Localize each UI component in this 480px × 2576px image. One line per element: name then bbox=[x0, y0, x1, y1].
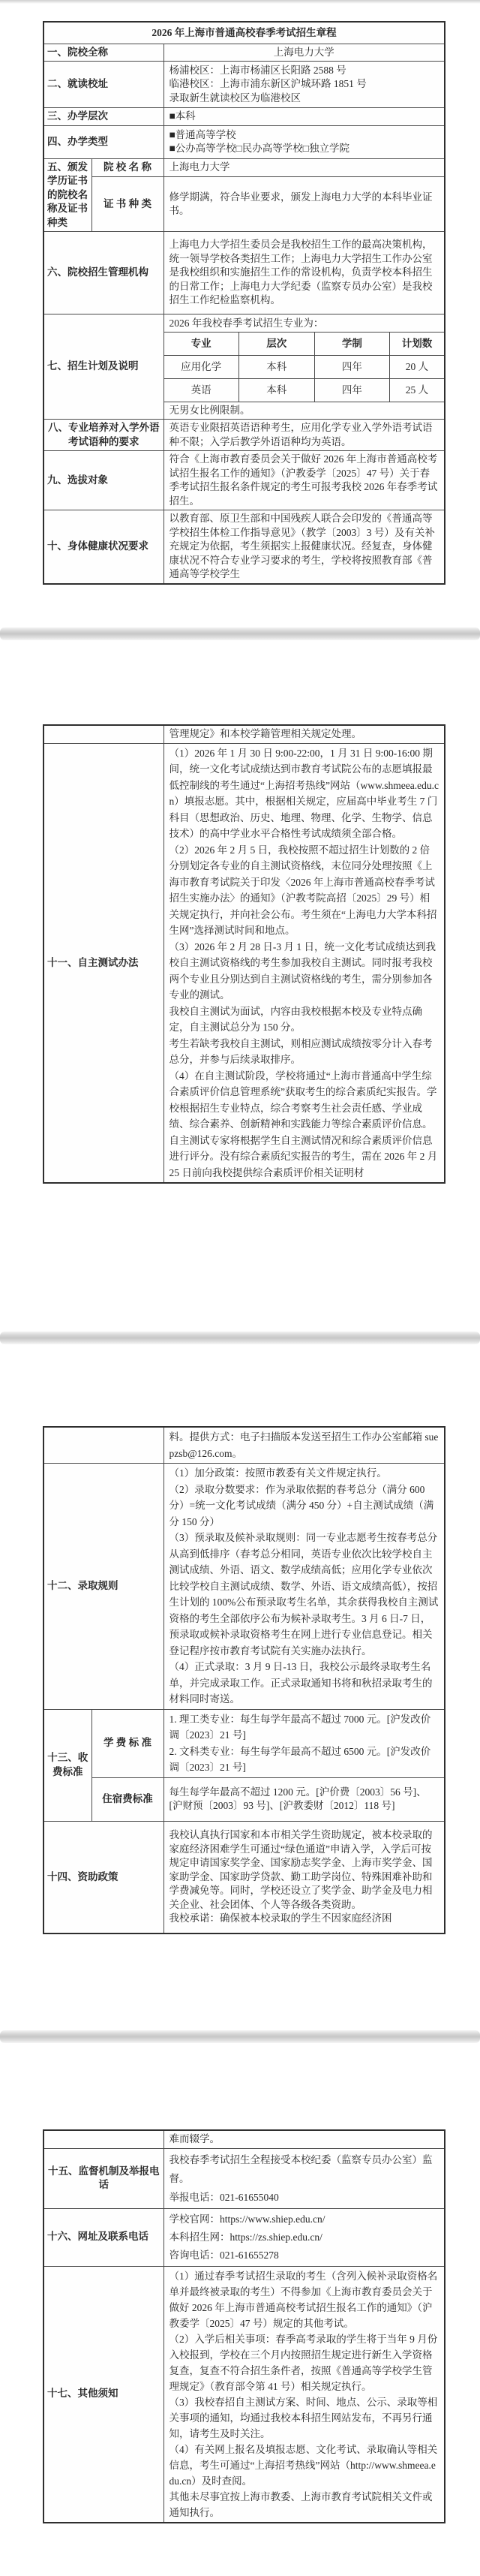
row13-sub2-label: 住宿费标准 bbox=[91, 1777, 163, 1821]
top-page-shadow bbox=[0, 0, 480, 4]
row7-label: 七、招生计划及说明 bbox=[43, 314, 163, 420]
row15-label: 十五、监督机制及举报电话 bbox=[43, 2148, 163, 2208]
row9-value: 符合《上海市教育委员会关于做好 2026 年上海市普通高校考试招生报名工作的通知… bbox=[163, 451, 445, 510]
row4-value: ■普通高等学校 ■公办高等学校□民办高等学校□独立学院 bbox=[163, 125, 445, 158]
row5-sub2-value: 修学期满，符合毕业要求，颁发上海电力大学的本科毕业证书。 bbox=[163, 177, 445, 232]
row13-sub2-value: 每生每学年最高不超过 1200 元。[沪价费〔2003〕56 号]、[沪财预〔2… bbox=[163, 1777, 445, 1821]
plan-row-english: 英语 本科 四年 25 人 bbox=[164, 379, 445, 402]
row5-label: 五、颁发学历证书的院校名称及证书种类 bbox=[43, 158, 91, 232]
plan-cell-quota: 20 人 bbox=[389, 356, 444, 379]
row10-cont-value: 管理规定》和本校学籍管理相关规定处理。 bbox=[163, 725, 445, 743]
row17-value: （1）通过春季考试招生录取的考生（含列入候补录取资格名单并最终被录取的考生）不得… bbox=[163, 2266, 445, 2523]
row13-sub1-label: 学 费 标 准 bbox=[91, 1709, 163, 1777]
plan-cell-duration: 四年 bbox=[314, 379, 389, 402]
plan-cell-level: 本科 bbox=[238, 356, 314, 379]
row5-sub1-value: 上海电力大学 bbox=[163, 158, 445, 177]
row11-cont-label bbox=[43, 1427, 163, 1464]
row14-label: 十四、资助政策 bbox=[43, 1821, 163, 1934]
row5-sub1-label: 院 校 名 称 bbox=[91, 158, 163, 177]
row12-label: 十二、录取规则 bbox=[43, 1464, 163, 1710]
plan-cell-quota: 25 人 bbox=[389, 379, 444, 402]
page-divider-2-3 bbox=[0, 1332, 480, 1344]
plan-header-major: 专业 bbox=[164, 333, 239, 356]
row6-label: 六、院校招生管理机构 bbox=[43, 232, 163, 314]
enrollment-plan-table: 专业 层次 学制 计划数 应用化学 本科 四年 20 人 英语 本科 四年 25… bbox=[164, 333, 445, 402]
row5-sub2-label: 证 书 种 类 bbox=[91, 177, 163, 232]
row13-label: 十三、收费标准 bbox=[43, 1709, 91, 1821]
regulations-table-page-2: 管理规定》和本校学籍管理相关规定处理。 十一、自主测试办法 （1）2026 年 … bbox=[43, 724, 445, 1184]
scanned-admission-regulations-document: { "title": "2026 年上海市普通高校春季考试招生章程", "p1"… bbox=[0, 0, 480, 2576]
row15-value: 我校春季考试招生全程接受本校纪委（监察专员办公室）监督。 举报电话：021-61… bbox=[163, 2148, 445, 2208]
row14-cont-value: 难而辍学。 bbox=[163, 2130, 445, 2148]
row16-value: 学校官网：https://www.shiep.edu.cn/ 本科招生网：htt… bbox=[163, 2208, 445, 2266]
row11-value: （1）2026 年 1 月 30 日 9:00-22:00，1 月 31 日 9… bbox=[163, 743, 445, 1183]
row10-label: 十、身体健康状况要求 bbox=[43, 510, 163, 584]
regulations-table-page-3: 料。提供方式：电子扫描版本发送至招生工作办公室邮箱 suepzsb@126.co… bbox=[43, 1426, 445, 1934]
row1-value: 上海电力大学 bbox=[163, 44, 445, 62]
row6-value: 上海电力大学招生委员会是我校招生工作的最高决策机构，统一领导学校各类招生工作；上… bbox=[163, 232, 445, 314]
row2-label: 二、就读校址 bbox=[43, 62, 163, 108]
plan-cell-level: 本科 bbox=[238, 379, 314, 402]
regulations-table-page-4: 难而辍学。 十五、监督机制及举报电话 我校春季考试招生全程接受本校纪委（监察专员… bbox=[43, 2129, 445, 2523]
plan-header-quota: 计划数 bbox=[389, 333, 444, 356]
enrollment-plan-intro: 2026 年我校春季考试招生专业为： bbox=[164, 314, 445, 333]
row3-label: 三、办学层次 bbox=[43, 108, 163, 126]
regulations-table-page-1: 2026 年上海市普通高校春季考试招生章程 一、院校全称 上海电力大学 二、就读… bbox=[43, 21, 445, 585]
row8-label: 八、专业培养对入学外语考试语种的要求 bbox=[43, 420, 163, 451]
document-title: 2026 年上海市普通高校春季考试招生章程 bbox=[43, 22, 445, 44]
plan-row-applied-chemistry: 应用化学 本科 四年 20 人 bbox=[164, 356, 445, 379]
row8-value: 英语专业限招英语语种考生，应用化学专业入学外语考试语种不限；入学后教学外语语种均… bbox=[163, 420, 445, 451]
row4-label: 四、办学类型 bbox=[43, 125, 163, 158]
plan-cell-major: 应用化学 bbox=[164, 356, 239, 379]
row11-label: 十一、自主测试办法 bbox=[43, 743, 163, 1183]
row17-label: 十七、其他须知 bbox=[43, 2266, 163, 2523]
row2-value: 杨浦校区：上海市杨浦区长阳路 2588 号 临港校区：上海市浦东新区沪城环路 1… bbox=[163, 62, 445, 108]
row10-value: 以教育部、原卫生部和中国残疾人联合会印发的《普通高等学校招生体检工作指导意见》（… bbox=[163, 510, 445, 584]
row12-value: （1）加分政策：按照市教委有关文件规定执行。 （2）录取分数要求：作为录取依据的… bbox=[163, 1464, 445, 1710]
plan-header-duration: 学制 bbox=[314, 333, 389, 356]
row14-cont-label bbox=[43, 2130, 163, 2148]
plan-cell-duration: 四年 bbox=[314, 356, 389, 379]
row14-value: 我校认真执行国家和本市相关学生资助规定，被本校录取的家庭经济困难学生可通过“绿色… bbox=[163, 1821, 445, 1934]
row1-label: 一、院校全称 bbox=[43, 44, 163, 62]
enrollment-plan-note: 无男女比例限制。 bbox=[164, 402, 445, 419]
page-divider-3-4 bbox=[0, 2030, 480, 2043]
page-divider-1-2 bbox=[0, 627, 480, 640]
plan-cell-major: 英语 bbox=[164, 379, 239, 402]
plan-header-level: 层次 bbox=[238, 333, 314, 356]
row16-label: 十六、网址及联系电话 bbox=[43, 2208, 163, 2266]
row3-value: ■本科 bbox=[163, 108, 445, 126]
row9-label: 九、选拔对象 bbox=[43, 451, 163, 510]
row7-value: 2026 年我校春季考试招生专业为： 专业 层次 学制 计划数 应用化学 本科 … bbox=[163, 314, 445, 420]
row10-cont-label bbox=[43, 725, 163, 743]
row11-cont-value: 料。提供方式：电子扫描版本发送至招生工作办公室邮箱 suepzsb@126.co… bbox=[163, 1427, 445, 1464]
row13-sub1-value: 1. 理工类专业：每生每学年最高不超过 7000 元。[沪发改价调〔2023〕2… bbox=[163, 1709, 445, 1777]
